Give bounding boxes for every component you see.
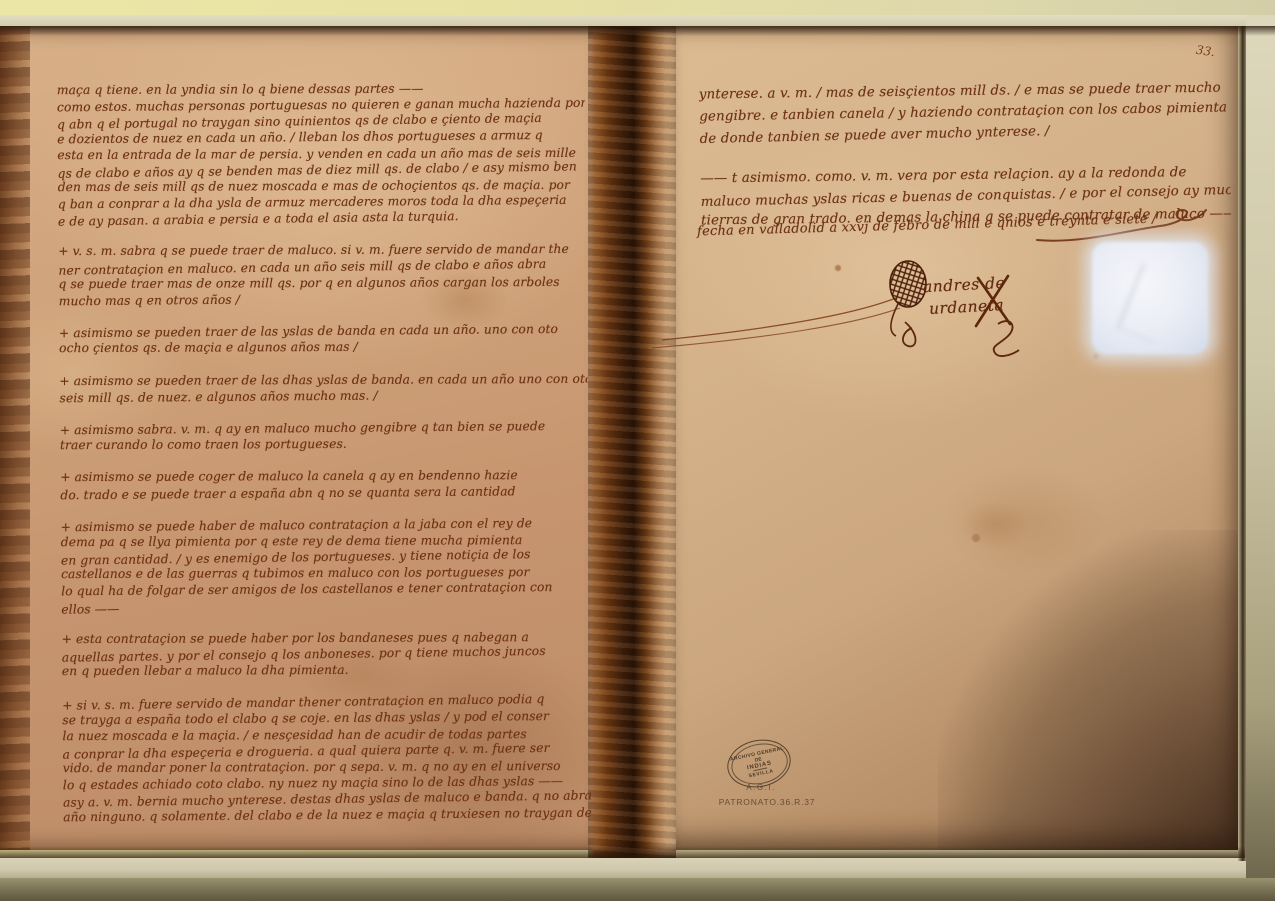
stamp-divider [753, 767, 767, 771]
stamp-text-sevilla: SEVILLA [748, 768, 774, 779]
book-gutter [588, 26, 676, 858]
handwriting-line: castellanos e de las guerras q tubimos e… [61, 565, 589, 583]
paper-stain [960, 500, 1030, 550]
left-page-text: maça q tiene. en la yndia sin lo q biene… [57, 80, 591, 827]
handwriting-line: vido. de mandar poner la contrataçion. p… [63, 759, 591, 777]
gutter-texture [588, 26, 676, 858]
handwriting-line: den mas de seis mill qs de nuez moscada … [58, 178, 586, 196]
right-page-corner-shadow [938, 530, 1238, 850]
left-page-worn-edge [0, 26, 30, 850]
handwriting-line: q se puede traer mas de onze mill qs. po… [58, 275, 586, 293]
stamp-text-indias: INDIAS [746, 760, 772, 771]
mat-border-bottom [0, 858, 1246, 878]
framed-manuscript-photo: 33. maça q tiene. en la yndia sin lo q b… [0, 0, 1275, 901]
handwriting-line: + asimismo se puede coger de maluco la c… [60, 468, 588, 486]
mat-border-right [1246, 15, 1275, 878]
page-number: 33. [1195, 43, 1216, 60]
wall-shadow-bottom [0, 878, 1275, 901]
archive-ref-patronato: PATRONATO.36.R.37 [702, 797, 832, 807]
handwriting-line: + asimismo se pueden traer de las dhas y… [59, 371, 587, 389]
right-page-edge-crack [1238, 26, 1246, 861]
signature-rubric [650, 240, 1110, 390]
handwriting-line: maça q tiene. en la yndia sin lo q biene… [57, 81, 585, 99]
stamp-text-top: ARCHIVO GENERAL [729, 745, 784, 762]
archive-ref-agi: A.G.I. [736, 783, 786, 792]
frame-shadow-top [0, 26, 1275, 36]
stamp-text-de: DE [754, 756, 762, 763]
page-shadow-bottom [0, 846, 1245, 858]
handwriting-line: en q pueden llebar a maluco la dha pimie… [62, 662, 590, 680]
